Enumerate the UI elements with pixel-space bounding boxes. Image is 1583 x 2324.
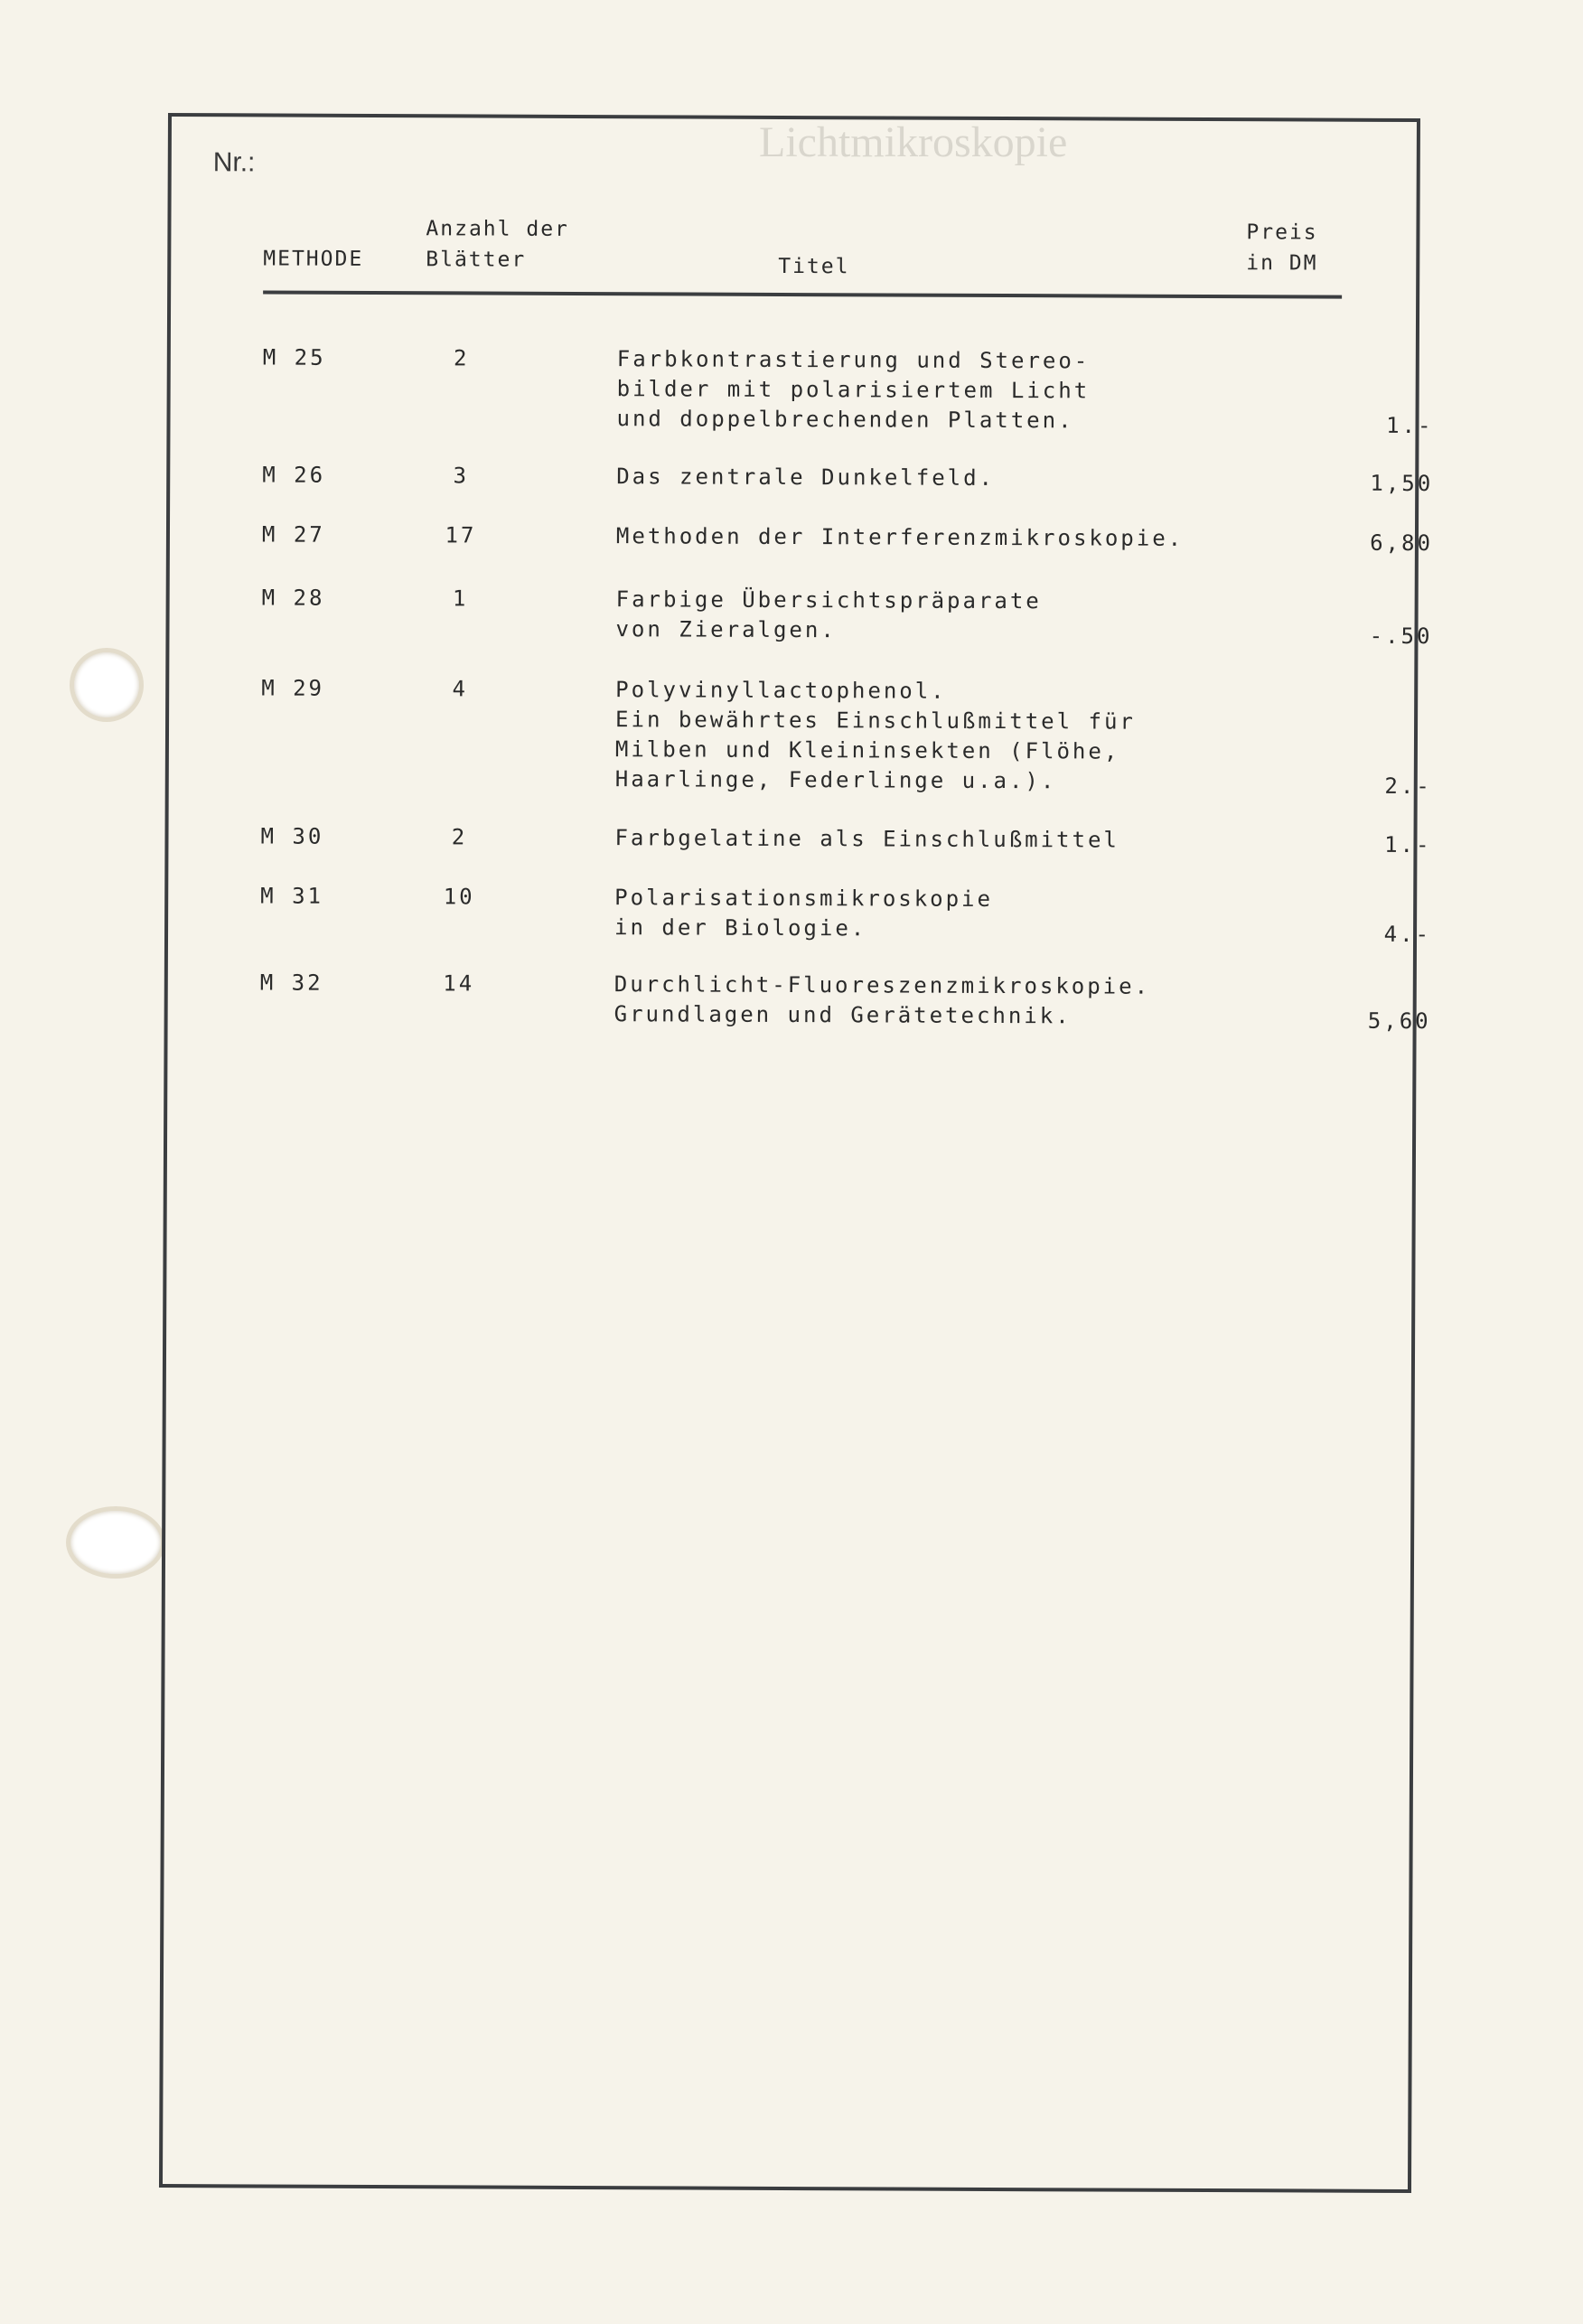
preis-cell: 6,80 (1238, 528, 1433, 558)
methode-cell: M 26 (262, 460, 407, 491)
preis-cell: -.50 (1237, 621, 1432, 651)
methode-cell: M 27 (262, 520, 407, 550)
blaetter-cell: 17 (407, 520, 515, 551)
titel-cell: Polyvinyllactophenol. Ein bewährtes Eins… (615, 675, 1249, 797)
blaetter-cell: 2 (405, 822, 513, 853)
blaetter-cell: 3 (407, 461, 515, 492)
preis-cell: 1.- (1236, 829, 1431, 860)
price-list-frame: Nr.: METHODE Anzahl der Blätter Titel Pr… (159, 113, 1420, 2193)
column-header-titel: Titel (778, 251, 849, 282)
methode-cell: M 30 (260, 821, 405, 852)
titel-cell: Durchlicht-Fluoreszenzmikroskopie. Grund… (614, 970, 1247, 1032)
blaetter-cell: 2 (407, 343, 516, 374)
titel-cell: Das zentrale Dunkelfeld. (616, 462, 1249, 494)
punch-hole-bottom (70, 1511, 161, 1574)
blaetter-cell: 1 (407, 584, 515, 614)
preis-cell: 1,50 (1238, 468, 1433, 499)
methode-cell: M 28 (262, 583, 407, 614)
methode-cell: M 31 (260, 881, 405, 912)
titel-cell: Polarisationsmikroskopie in der Biologie… (614, 883, 1247, 945)
header-rule (263, 290, 1342, 298)
preis-cell: 5,60 (1236, 1006, 1431, 1036)
price-table: M 252Farbkontrastierung und Stereo- bild… (172, 117, 1417, 122)
preis-cell: 2.- (1237, 771, 1432, 801)
methode-cell: M 32 (260, 968, 405, 998)
methode-cell: M 25 (263, 342, 407, 373)
number-label: Nr.: (213, 147, 256, 178)
punch-hole-top (74, 652, 139, 717)
titel-cell: Methoden der Interferenzmikroskopie. (616, 521, 1249, 554)
blaetter-cell: 10 (405, 882, 513, 913)
column-header-preis: Preis in DM (1246, 217, 1318, 278)
column-header-methode: METHODE (263, 243, 363, 274)
titel-cell: Farbkontrastierung und Stereo- bilder mi… (616, 344, 1249, 436)
preis-cell: 4.- (1236, 919, 1431, 950)
preis-cell: 1.- (1238, 410, 1433, 441)
titel-cell: Farbige Übersichtspräparate von Zieralge… (615, 585, 1248, 647)
column-header-anzahl: Anzahl der Blätter (426, 213, 569, 276)
blaetter-cell: 14 (405, 969, 513, 999)
blaetter-cell: 4 (406, 674, 514, 705)
methode-cell: M 29 (261, 673, 406, 704)
titel-cell: Farbgelatine als Einschlußmittel (614, 823, 1247, 856)
